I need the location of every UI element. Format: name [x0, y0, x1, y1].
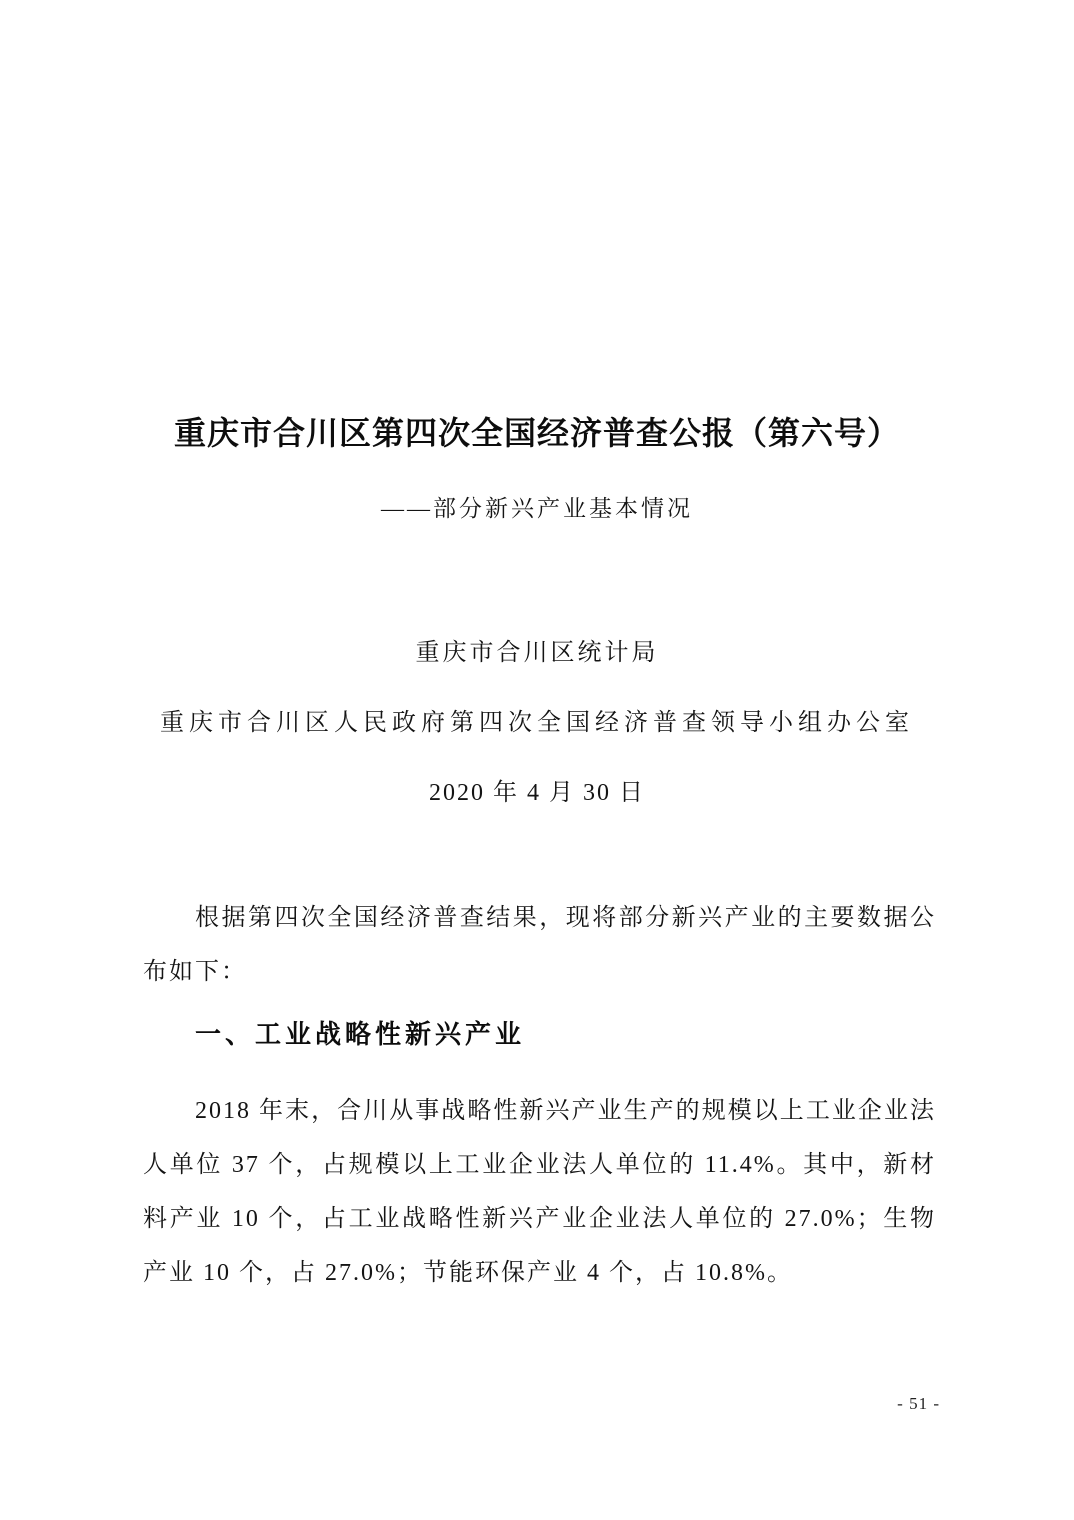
document-page: 重庆市合川区第四次全国经济普查公报（第六号） ——部分新兴产业基本情况 重庆市合… [0, 0, 1074, 1520]
document-title: 重庆市合川区第四次全国经济普查公报（第六号） [0, 408, 1074, 454]
document-subtitle: ——部分新兴产业基本情况 [0, 490, 1074, 523]
issuer-census-leading-group-office: 重庆市合川区人民政府第四次全国经济普查领导小组办公室 [0, 702, 1074, 737]
intro-paragraph: 根据第四次全国经济普查结果，现将部分新兴产业的主要数据公布如下： [143, 891, 936, 999]
page-number: - 51 - [897, 1394, 940, 1414]
section-one-paragraph: 2018 年末，合川从事战略性新兴产业生产的规模以上工业企业法人单位 37 个，… [143, 1084, 936, 1300]
section-one-heading: 一、工业战略性新兴产业 [143, 1014, 936, 1051]
publish-date: 2020 年 4 月 30 日 [0, 772, 1074, 807]
issuer-statistics-bureau: 重庆市合川区统计局 [0, 632, 1074, 667]
